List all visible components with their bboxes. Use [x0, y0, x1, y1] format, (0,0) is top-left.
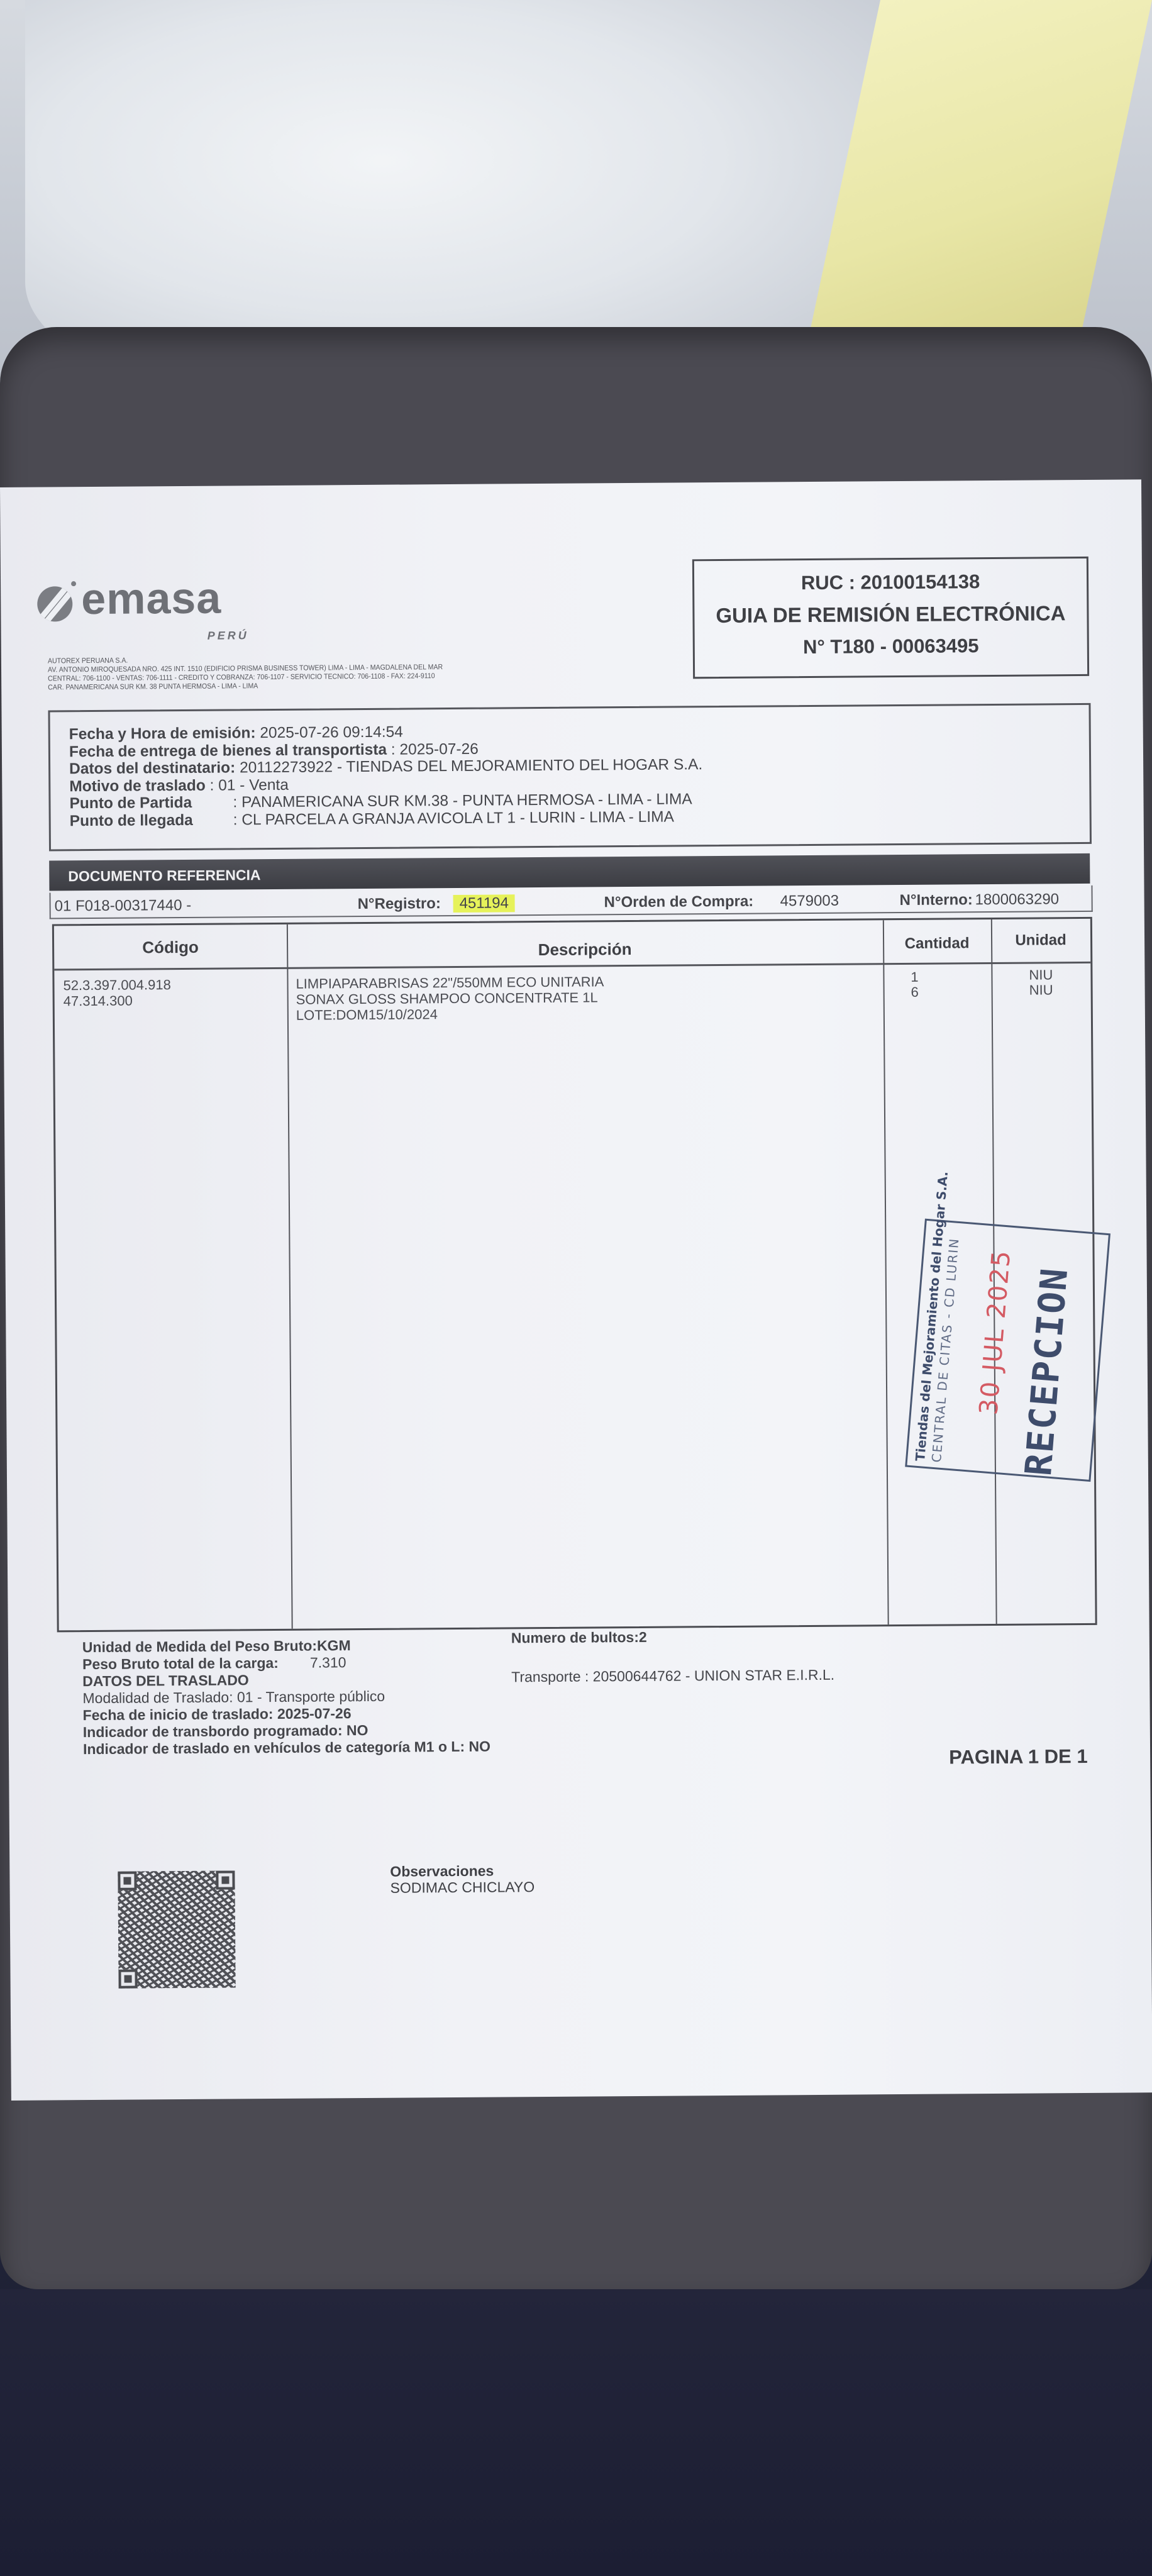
orden-value: 4579003: [780, 892, 839, 911]
header-descripcion: Descripción: [287, 938, 883, 962]
cell-descripcion: LIMPIAPARABRISAS 22"/550MM ECO UNITARIA: [296, 974, 604, 991]
registro-label: N°Registro:: [358, 895, 441, 913]
cell-cantidad: 6: [883, 984, 946, 1001]
fabric-background: [0, 2289, 1152, 2576]
logo-text: emasa: [81, 573, 222, 625]
address-line: CAR. PANAMERICANA SUR KM. 38 PUNTA HERMO…: [48, 680, 443, 692]
cell-descripcion: SONAX GLOSS SHAMPOO CONCENTRATE 1L: [296, 989, 598, 1007]
reference-line: 01 F018-00317440 - N°Registro: 451194 N°…: [50, 885, 1093, 919]
header-codigo: Código: [54, 937, 287, 958]
reference-header-bar: DOCUMENTO REFERENCIA: [49, 853, 1090, 891]
cell-codigo: 47.314.300: [64, 993, 133, 1009]
reference-doc: 01 F018-00317440 -: [55, 897, 192, 916]
cell-codigo: 52.3.397.004.918: [63, 977, 170, 993]
stamp-word: RECEPCION: [1017, 1265, 1076, 1477]
document-number: N° T180 - 00063495: [695, 634, 1087, 659]
reception-stamp: Tiendas del Mejoramiento del Hogar S.A. …: [905, 1219, 1110, 1482]
interno-value: 1800063290: [975, 891, 1060, 909]
transfer-data: Unidad de Medida del Peso Bruto:KGM Peso…: [82, 1636, 490, 1758]
vehicle-category-indicator: Indicador de traslado en vehículos de ca…: [83, 1738, 490, 1758]
issuer-info: AUTOREX PERUANA S.A. AV. ANTONIO MIROQUE…: [48, 654, 443, 692]
orden-label: N°Orden de Compra:: [604, 893, 754, 912]
logo-dot-icon: [71, 581, 76, 586]
observations-value: SODIMAC CHICLAYO: [390, 1879, 534, 1896]
registro-value: 451194: [453, 894, 516, 913]
cell-unidad: NIU: [991, 967, 1090, 983]
remission-guide-document: emasa PERÚ AUTOREX PERUANA S.A. AV. ANTO…: [0, 479, 1152, 2101]
cell-cantidad: 1: [883, 969, 946, 985]
cell-lote: LOTE:DOM15/10/2024: [296, 1006, 438, 1023]
ruc-box: RUC : 20100154138 GUIA DE REMISIÓN ELECT…: [692, 557, 1089, 679]
ruc-number: RUC : 20100154138: [694, 570, 1087, 595]
observations-title: Observaciones: [390, 1862, 534, 1880]
emasa-logo-icon: [37, 586, 72, 621]
info-row-destination: Punto de llegada: CL PARCELA A GRANJA AV…: [70, 808, 703, 830]
column-divider: [287, 924, 293, 1629]
carrier: Transporte : 20500644762 - UNION STAR E.…: [511, 1667, 834, 1686]
package-count: Numero de bultos:2: [511, 1629, 647, 1647]
stamp-date: 30 JUL 2025: [974, 1248, 1016, 1416]
document-title: GUIA DE REMISIÓN ELECTRÓNICA: [694, 601, 1087, 628]
cell-unidad: NIU: [992, 982, 1091, 998]
page-number: PAGINA 1 DE 1: [949, 1745, 1088, 1769]
shipment-info-box: Fecha y Hora de emisión: 2025-07-26 09:1…: [48, 703, 1092, 852]
qr-code-icon: [118, 1870, 235, 1988]
logo-subtext: PERÚ: [208, 629, 249, 642]
header-cantidad: Cantidad: [883, 935, 991, 953]
observations: Observaciones SODIMAC CHICLAYO: [390, 1862, 534, 1896]
interno-label: N°Interno:: [900, 891, 973, 909]
column-divider: [883, 920, 889, 1624]
header-unidad: Unidad: [991, 931, 1090, 950]
reference-title: DOCUMENTO REFERENCIA: [68, 867, 260, 885]
